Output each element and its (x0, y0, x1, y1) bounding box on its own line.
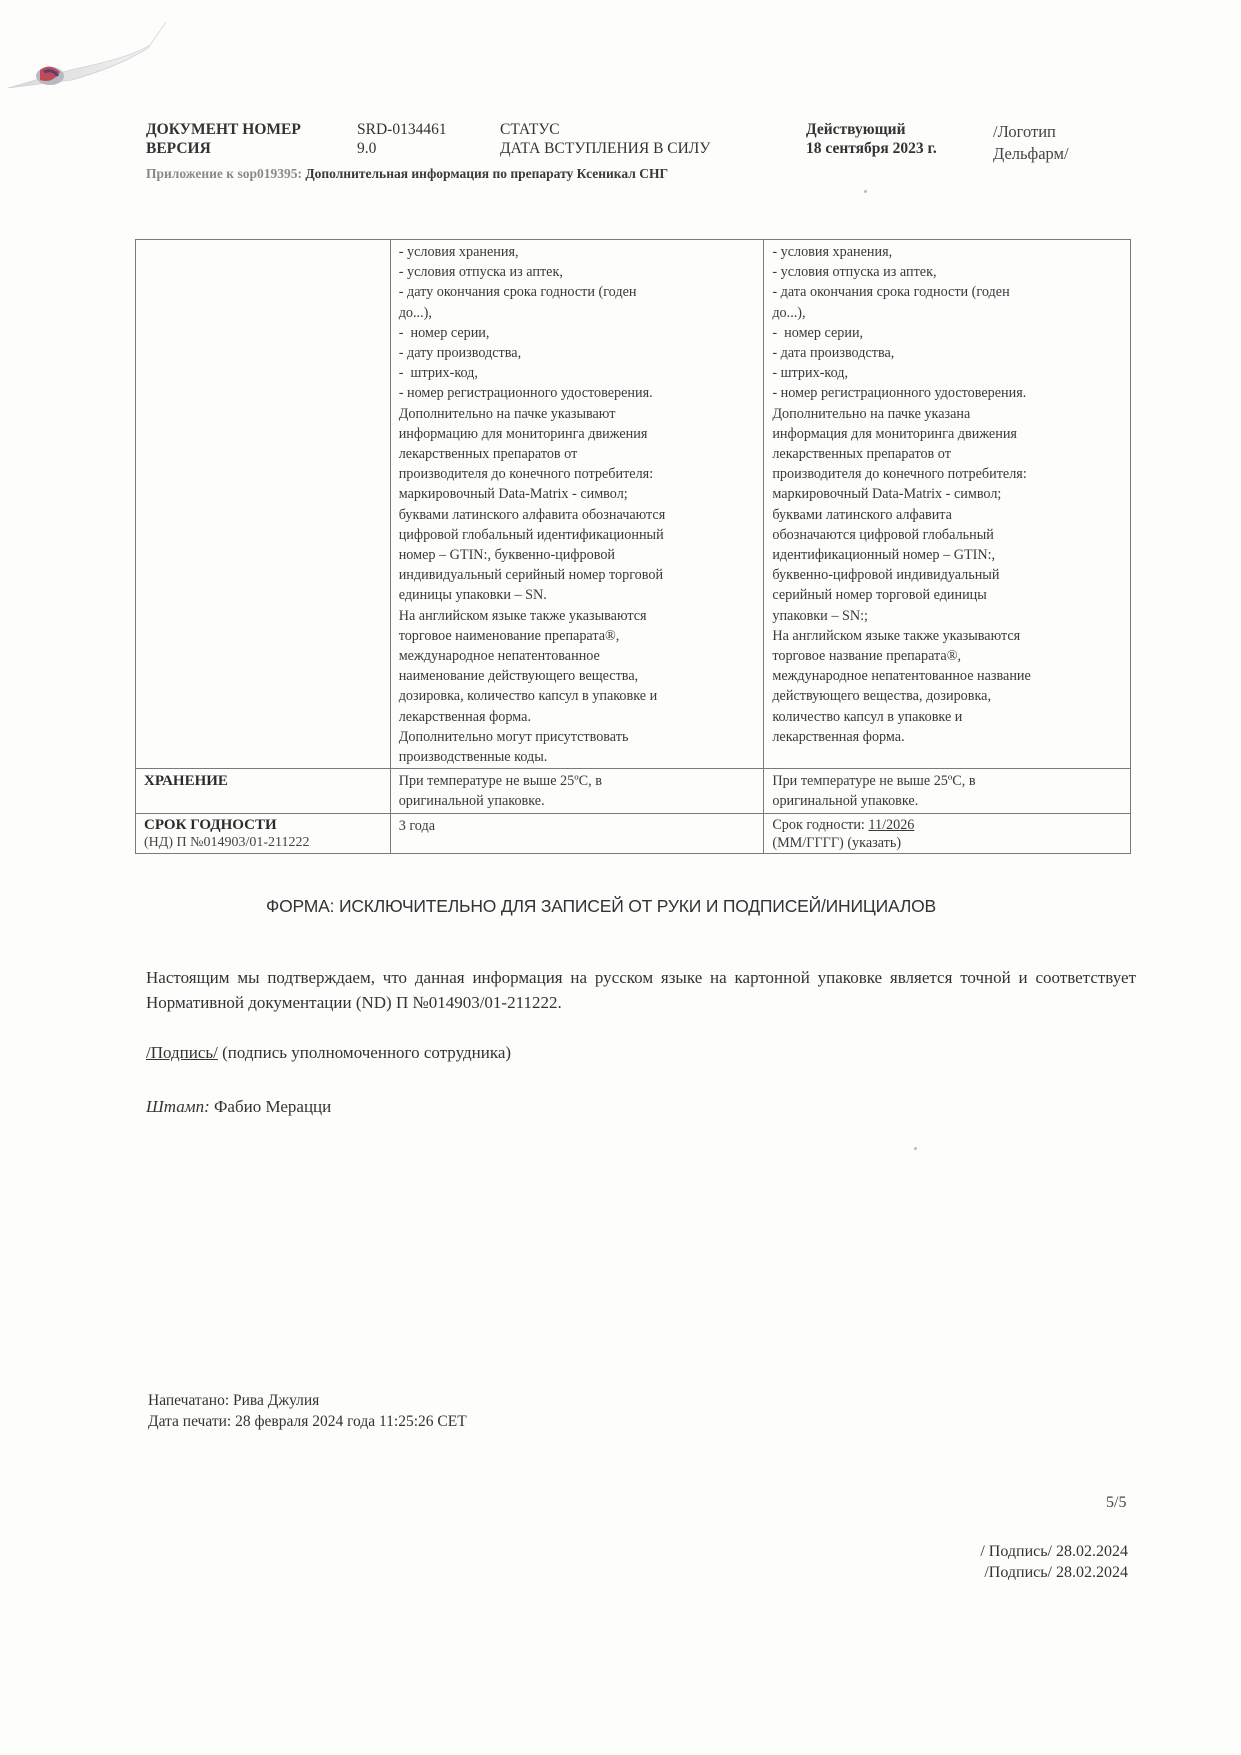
stamp-name: Фабио Мерацци (210, 1097, 332, 1116)
package-text-line: - дата окончания срока годности (годен (772, 282, 1122, 302)
nd-text-line: лекарственная форма. (399, 707, 756, 727)
nd-text-line: номер – GTIN:, буквенно-цифровой (399, 545, 756, 565)
footer-signatures: / Подпись/ 28.02.2024 /Подпись/ 28.02.20… (980, 1541, 1128, 1583)
nd-text-lines: - условия хранения,- условия отпуска из … (399, 242, 756, 767)
nd-text-line: торговое наименование препарата®, (399, 626, 756, 646)
doc-number-value: SRD-0134461 (357, 120, 447, 139)
version-value: 9.0 (357, 139, 376, 158)
nd-text-line: Дополнительно могут присутствовать (399, 727, 756, 747)
package-text-line: международное непатентованное название (772, 666, 1122, 686)
scan-speck (914, 1147, 917, 1150)
package-text-line: количество капсул в упаковке и (772, 707, 1122, 727)
shelf-life-date: 11/2026 (868, 817, 914, 833)
nd-text-line: цифровой глобальный идентификационный (399, 525, 756, 545)
effective-date-value: 18 сентября 2023 г. (806, 139, 937, 158)
effective-date-label: ДАТА ВСТУПЛЕНИЯ В СИЛУ (500, 139, 710, 158)
nd-text-line: международное непатентованное (399, 646, 756, 666)
row-label-cell: ХРАНЕНИЕ (136, 769, 391, 813)
form-note: ФОРМА: ИСКЛЮЧИТЕЛЬНО ДЛЯ ЗАПИСЕЙ ОТ РУКИ… (266, 896, 936, 917)
shelf-life-package-cell: Срок годности: 11/2026 (ММ/ГГГГ) (указат… (764, 813, 1131, 853)
row-label-cell (136, 240, 391, 769)
storage-nd-line: оригинальной упаковке. (399, 791, 756, 811)
nd-text-line: лекарственных препаратов от (399, 444, 756, 464)
footer-signature-1: / Подпись/ 28.02.2024 (980, 1541, 1128, 1562)
package-text-line: - условия хранения, (772, 242, 1122, 262)
nd-text-line: производителя до конечного потребителя: (399, 464, 756, 484)
package-text-line: лекарственная форма. (772, 727, 1122, 747)
package-text-line: - дата производства, (772, 343, 1122, 363)
status-label: СТАТУС (500, 120, 560, 139)
package-text-line: - штрих-код, (772, 363, 1122, 383)
print-date: Дата печати: 28 февраля 2024 года 11:25:… (148, 1411, 467, 1432)
package-text-cell: - условия хранения,- условия отпуска из … (764, 240, 1131, 769)
footer-signature-2: /Подпись/ 28.02.2024 (980, 1562, 1128, 1583)
table-row-labeling: - условия хранения,- условия отпуска из … (136, 240, 1131, 769)
package-text-line: производителя до конечного потребителя: (772, 464, 1122, 484)
shelf-life-package-line: Срок годности: 11/2026 (772, 816, 1122, 834)
package-text-line: обозначаются цифровой глобальный (772, 525, 1122, 545)
stamp-line: Штамп: Фабио Мерацци (146, 1097, 331, 1117)
package-text-line: буквенно-цифровой индивидуальный (772, 565, 1122, 585)
logo-line-1: /Логотип (993, 121, 1069, 143)
print-info: Напечатано: Рива Джулия Дата печати: 28 … (148, 1390, 467, 1432)
nd-text-line: - условия хранения, (399, 242, 756, 262)
storage-nd-cell: При температуре не выше 25ºС, в оригинал… (390, 769, 764, 813)
shelf-life-label: СРОК ГОДНОСТИ (144, 816, 382, 834)
nd-text-line: - номер регистрационного удостоверения. (399, 383, 756, 403)
package-text-line: упаковки – SN:; (772, 606, 1122, 626)
shelf-life-format: (ММ/ГГГГ) (указать) (772, 834, 1122, 852)
stamp-label: Штамп: (146, 1097, 210, 1116)
package-text-line: идентификационный номер – GTIN:, (772, 545, 1122, 565)
nd-text-line: Дополнительно на пачке указывают (399, 404, 756, 424)
row-label-cell: СРОК ГОДНОСТИ (НД) П №014903/01-211222 (136, 813, 391, 853)
package-text-line: Дополнительно на пачке указана (772, 404, 1122, 424)
document-subtitle: Приложение к sop019395: Дополнительная и… (146, 166, 668, 182)
logo-placeholder: /Логотип Дельфарм/ (993, 121, 1069, 165)
storage-package-cell: При температуре не выше 25ºС, в оригинал… (764, 769, 1131, 813)
package-text-line: - номер серии, (772, 323, 1122, 343)
nd-text-line: - номер серии, (399, 323, 756, 343)
confirmation-paragraph: Настоящим мы подтверждаем, что данная ин… (146, 965, 1136, 1015)
package-text-line: маркировочный Data-Matrix - символ; (772, 484, 1122, 504)
package-text-line: информация для мониторинга движения (772, 424, 1122, 444)
package-text-line: На английском языке также указываются (772, 626, 1122, 646)
table-row-shelf-life: СРОК ГОДНОСТИ (НД) П №014903/01-211222 3… (136, 813, 1131, 853)
storage-package-line: оригинальной упаковке. (772, 791, 1122, 811)
package-text-line: - номер регистрационного удостоверения. (772, 383, 1122, 403)
printed-by: Напечатано: Рива Джулия (148, 1390, 467, 1411)
storage-nd-line: При температуре не выше 25ºС, в (399, 771, 756, 791)
package-text-line: серийный номер торговой единицы (772, 585, 1122, 605)
shelf-life-reference: (НД) П №014903/01-211222 (144, 834, 382, 852)
package-text-lines: - условия хранения,- условия отпуска из … (772, 242, 1122, 747)
nd-text-line: маркировочный Data-Matrix - символ; (399, 484, 756, 504)
logo-line-2: Дельфарм/ (993, 143, 1069, 165)
package-text-line: до...), (772, 303, 1122, 323)
storage-label: ХРАНЕНИЕ (144, 773, 228, 789)
package-text-line: действующего вещества, дозировка, (772, 686, 1122, 706)
page-number: 5/5 (1106, 1494, 1126, 1512)
shelf-life-nd-value: 3 года (399, 816, 756, 836)
nd-text-line: - условия отпуска из аптек, (399, 262, 756, 282)
nd-text-line: На английском языке также указываются (399, 606, 756, 626)
packaging-info-table: - условия хранения,- условия отпуска из … (135, 239, 1131, 854)
nd-text-line: единицы упаковки – SN. (399, 585, 756, 605)
signature-line: /Подпись/ (подпись уполномоченного сотру… (146, 1043, 511, 1063)
nd-text-line: до...), (399, 303, 756, 323)
nd-text-line: информацию для мониторинга движения (399, 424, 756, 444)
shelf-life-nd-cell: 3 года (390, 813, 764, 853)
subtitle-prefix: Приложение к sop019395: (146, 166, 302, 181)
table-row-storage: ХРАНЕНИЕ При температуре не выше 25ºС, в… (136, 769, 1131, 813)
status-value: Действующий (806, 120, 906, 139)
package-text-line: лекарственных препаратов от (772, 444, 1122, 464)
signature-text: (подпись уполномоченного сотрудника) (218, 1043, 511, 1062)
nd-text-line: буквами латинского алфавита обозначаются (399, 505, 756, 525)
nd-text-line: - дату производства, (399, 343, 756, 363)
nd-text-cell: - условия хранения,- условия отпуска из … (390, 240, 764, 769)
scan-speck (864, 190, 867, 193)
version-label: ВЕРСИЯ (146, 139, 211, 158)
doc-number-label: ДОКУМЕНТ НОМЕР (146, 120, 301, 139)
nd-text-line: индивидуальный серийный номер торговой (399, 565, 756, 585)
pen-decoration-icon (0, 0, 200, 100)
package-text-line: - условия отпуска из аптек, (772, 262, 1122, 282)
subtitle-text: Дополнительная информация по препарату К… (302, 166, 668, 181)
signature-mark: /Подпись/ (146, 1043, 218, 1062)
shelf-life-prefix: Срок годности: (772, 817, 868, 833)
nd-text-line: дозировка, количество капсул в упаковке … (399, 686, 756, 706)
nd-text-line: - штрих-код, (399, 363, 756, 383)
package-text-line: торговое название препарата®, (772, 646, 1122, 666)
package-text-line: буквами латинского алфавита (772, 505, 1122, 525)
nd-text-line: производственные коды. (399, 747, 756, 767)
nd-text-line: - дату окончания срока годности (годен (399, 282, 756, 302)
storage-package-line: При температуре не выше 25ºС, в (772, 771, 1122, 791)
nd-text-line: наименование действующего вещества, (399, 666, 756, 686)
